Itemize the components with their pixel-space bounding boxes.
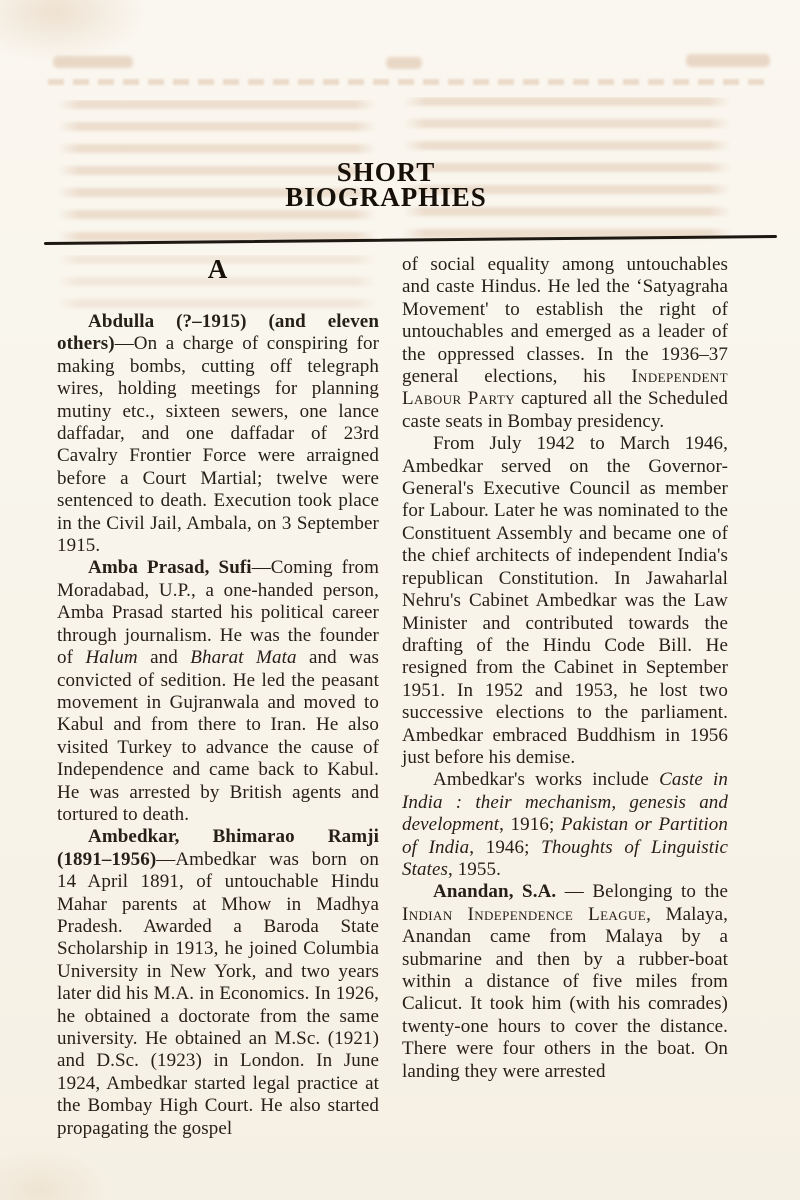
paragraph: Ambedkar, Bhimarao Ramji (1891–1956)—Amb… (57, 826, 379, 1140)
section-letter: A (57, 254, 379, 285)
text-run: —On a charge of conspiring for making bo… (57, 333, 379, 556)
paragraph: Ambedkar's works include Caste in India … (402, 769, 728, 881)
text-run: , Malaya, Anandan came from Malaya by a … (402, 904, 728, 1082)
text-run: —Ambedkar was born on 14 April 1891, of … (57, 849, 379, 1139)
paragraph: of social equality among untouchables an… (402, 254, 728, 433)
right-column: of social equality among untouchables an… (402, 254, 728, 1083)
text-run: Ambedkar's works include (433, 769, 659, 790)
paragraph: From July 1942 to March 1946, Ambedkar s… (402, 433, 728, 769)
text-run: Amba Prasad, Sufi (88, 557, 252, 578)
text-run: Anandan, S.A. (433, 881, 556, 902)
paragraph: Anandan, S.A. — Belonging to the Indian … (402, 881, 728, 1083)
bleedthrough-header-rule (48, 79, 772, 85)
text-run: and (138, 647, 191, 668)
page-title: SHORT BIOGRAPHIES (186, 160, 586, 210)
bleedthrough-header-pagenumber (386, 57, 422, 69)
text-run: Halum (85, 647, 137, 668)
text-run: , 1916; (499, 814, 561, 835)
text-run: Bharat Mata (190, 647, 296, 668)
bleedthrough-header-left (53, 56, 133, 68)
text-run: and was convicted of sedition. He led th… (57, 647, 379, 825)
paragraph: Abdulla (?–1915) (and eleven others)—On … (57, 311, 379, 557)
text-run: , 1946; (469, 837, 541, 858)
bleedthrough-header-right (686, 54, 770, 67)
page-title-line-2: BIOGRAPHIES (186, 185, 586, 210)
text-run: From July 1942 to March 1946, Ambedkar s… (402, 433, 728, 768)
text-run: , 1955. (448, 859, 501, 880)
text-run: Indian Independence League (402, 904, 646, 925)
left-column: Abdulla (?–1915) (and eleven others)—On … (57, 311, 379, 1140)
text-run: — Belonging to the (556, 881, 728, 902)
paragraph: Amba Prasad, Sufi—Coming from Moradabad,… (57, 557, 379, 826)
section-divider-rule (44, 235, 777, 245)
scanned-page: SHORT BIOGRAPHIES A Abdulla (?–1915) (an… (0, 0, 800, 1200)
